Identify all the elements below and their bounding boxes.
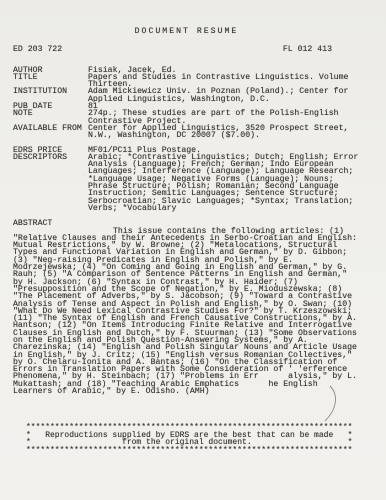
field-label: DESCRIPTORS (13, 154, 88, 212)
reproduction-notice: ****************************************… (26, 424, 352, 454)
document-content: DOCUMENT RESUME ED 203 722 FL 012 413 AU… (13, 28, 360, 395)
field-row-descriptors: DESCRIPTORSArabic; *Contrastive Linguist… (13, 154, 360, 212)
field-value: 274p.; These studies are part of the Pol… (88, 110, 360, 125)
field-label: AVAILABLE FROM (13, 125, 88, 140)
field-row-available-from: AVAILABLE FROMCenter for Applied Linguis… (13, 125, 360, 140)
field-label: INSTITUTION (13, 88, 88, 103)
document-resume-heading: DOCUMENT RESUME (13, 28, 360, 35)
scanned-document-page: DOCUMENT RESUME ED 203 722 FL 012 413 AU… (0, 0, 386, 500)
abstract-text: This issue contains the following articl… (13, 228, 360, 396)
metadata-fields: AUTHORFisiak, Jacek, Ed.TITLEPapers and … (13, 67, 360, 213)
id-number-row: ED 203 722 FL 012 413 (13, 46, 360, 53)
field-value: Adam Mickiewicz Univ. in Poznan (Poland)… (88, 88, 360, 103)
abstract-section: ABSTRACT This issue contains the followi… (13, 220, 360, 395)
ed-number: ED 203 722 (13, 46, 62, 53)
field-value: Arabic; *Contrastive Linguistics; Dutch;… (88, 154, 360, 212)
field-row-institution: INSTITUTIONAdam Mickiewicz Univ. in Pozn… (13, 88, 360, 103)
field-label: NOTE (13, 110, 88, 125)
fl-clearinghouse-number: FL 012 413 (283, 46, 332, 53)
field-value: Center for Applied Linguistics, 3520 Pro… (88, 125, 360, 140)
scan-crease-artifact (320, 384, 344, 424)
asterisk-rule: ****************************************… (26, 447, 352, 455)
field-row-note: NOTE274p.; These studies are part of the… (13, 110, 360, 125)
